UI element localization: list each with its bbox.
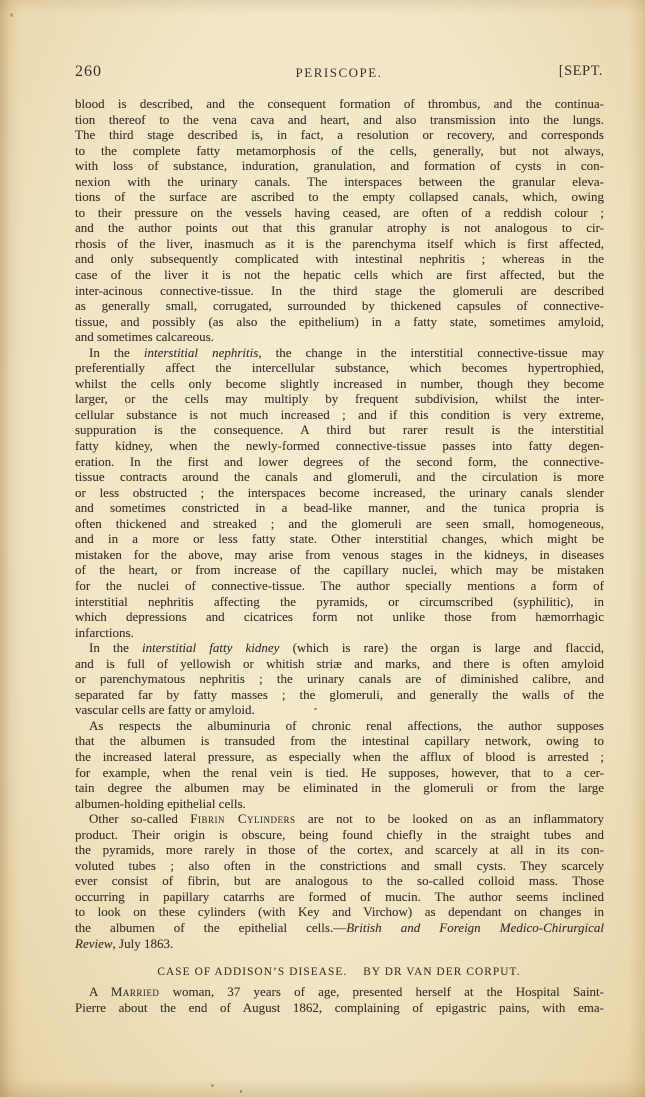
text-line: As respects the albuminuria of chronic r…	[75, 718, 604, 734]
text-line: which depressions and cicatrices form no…	[75, 609, 604, 625]
text-line: A Married woman, 37 years of age, presen…	[75, 984, 604, 1000]
dust-speck	[240, 1090, 242, 1093]
text-line: suppuration is the consequence. A third …	[75, 422, 604, 438]
text-line: eration. In the first and lower degrees …	[75, 454, 604, 470]
text-line: as generally small, corrugated, surround…	[75, 298, 604, 314]
text-line: and sometimes calcareous.	[75, 329, 604, 345]
text-line: tissue contracts around the canals and g…	[75, 469, 604, 485]
case-article-body: A Married woman, 37 years of age, presen…	[75, 984, 604, 1016]
text-line: and in a more or less fatty state. Other…	[75, 531, 604, 547]
text-line: Review, July 1863.	[75, 936, 604, 952]
text-line: and is full of yellowish or whitish stri…	[75, 656, 604, 672]
text-line: tions of the surface are ascribed to the…	[75, 189, 604, 205]
text-line: tissue, and possibly (as also the epithe…	[75, 314, 604, 330]
dust-speck	[314, 708, 317, 710]
text-line: nexion with the urinary canals. The inte…	[75, 174, 604, 190]
text-line: The third stage described is, in fact, a…	[75, 127, 604, 143]
text-line: ever consist of fibrin, but are analogou…	[75, 873, 604, 889]
text-line: to look on these cylinders (with Key and…	[75, 904, 604, 920]
text-line: with loss of substance, induration, gran…	[75, 158, 604, 174]
text-line: occurring in papillary catarrhs are form…	[75, 889, 604, 905]
text-line: and the author points out that this gran…	[75, 220, 604, 236]
text-line: Pierre about the end of August 1862, com…	[75, 1000, 604, 1016]
text-line: preferentially affect the intercellular …	[75, 360, 604, 376]
text-line: albumen-holding epithelial cells.	[75, 796, 604, 812]
section-heading-byline: BY DR VAN DER CORPUT.	[363, 966, 520, 978]
text-line: or parenchymatous nephritis ; the urinar…	[75, 671, 604, 687]
text-line: tion thereof to the vena cava and heart,…	[75, 112, 604, 128]
text-line: fatty kidney, when the newly-formed conn…	[75, 438, 604, 454]
text-line: whilst the cells only become slightly in…	[75, 376, 604, 392]
text-line: interstitial nephritis affecting the pyr…	[75, 594, 604, 610]
text-line: to the complete fatty metamorphosis of t…	[75, 143, 604, 159]
section-heading: CASE OF ADDISON’S DISEASE.BY DR VAN DER …	[75, 966, 603, 978]
text-line: mistaken for the above, may arise from v…	[75, 547, 604, 563]
dust-speck	[10, 13, 13, 17]
text-line: cellular substance is not much increased…	[75, 407, 604, 423]
text-line: Other so-called Fibrin Cylinders are not…	[75, 811, 604, 827]
section-heading-title: CASE OF ADDISON’S DISEASE.	[157, 966, 347, 978]
text-line: larger, or the cells may multiply by fre…	[75, 391, 604, 407]
text-line: to their pressure on the vessels having …	[75, 205, 604, 221]
text-line: voluted tubes ; also often in the constr…	[75, 858, 604, 874]
issue-tag: [SEPT.	[559, 63, 603, 80]
text-line: tain degree the albumen may be eliminate…	[75, 780, 604, 796]
text-line: case of the liver it is not the hepatic …	[75, 267, 604, 283]
text-line: In the interstitial nephritis, the chang…	[75, 345, 604, 361]
text-line: and only subsequently complicated with i…	[75, 251, 604, 267]
text-line: product. Their origin is obscure, being …	[75, 827, 604, 843]
text-line: infarctions.	[75, 625, 604, 641]
text-line: that the albumen is transuded from the i…	[75, 733, 604, 749]
text-line: the albumen of the epithelial cells.—Bri…	[75, 920, 604, 936]
text-line: of the heart, or from increase of the ca…	[75, 562, 604, 578]
text-line: and sometimes constricted in a bead-like…	[75, 500, 604, 516]
text-line: for example, when the renal vein is tied…	[75, 765, 604, 781]
running-title: PERISCOPE.	[75, 65, 603, 81]
text-line: often thickened and streaked ; and the g…	[75, 516, 604, 532]
text-line: for the nuclei of connective-tissue. The…	[75, 578, 604, 594]
page-header: 260 PERISCOPE. [SEPT.	[75, 63, 603, 83]
dust-speck	[211, 1084, 214, 1087]
text-line: the pyramids, more rarely in those of th…	[75, 842, 604, 858]
text-line: rhosis of the liver, inasmuch as it is t…	[75, 236, 604, 252]
scanned-page: 260 PERISCOPE. [SEPT. blood is described…	[0, 0, 645, 1097]
text-line: In the interstitial fatty kidney (which …	[75, 640, 604, 656]
text-line: vascular cells are fatty or amyloid.	[75, 702, 604, 718]
text-line: blood is described, and the consequent f…	[75, 96, 604, 112]
review-article-body: blood is described, and the consequent f…	[75, 96, 604, 951]
text-line: inter-acinous connective-tissue. In the …	[75, 283, 604, 299]
text-line: or less obstructed ; the interspaces bec…	[75, 485, 604, 501]
text-line: separated far by fatty masses ; the glom…	[75, 687, 604, 703]
text-line: the increased lateral pressure, as espec…	[75, 749, 604, 765]
